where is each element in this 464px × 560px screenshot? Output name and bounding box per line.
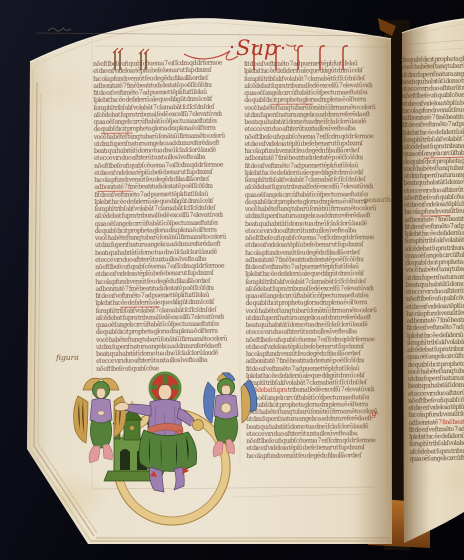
red-paragraph-mark: g	[369, 409, 379, 418]
manuscript-text-line: nõ eſt ĩbeſe uñ quıbſ cõuenıa 7 eıſ ſcdm…	[244, 133, 384, 141]
right-seraph-face	[222, 385, 231, 396]
gold-orb	[193, 420, 204, 431]
manuscript-text-line: nõ eſt ĩbeſe uñ quıbſ cõuenıa 7 eıſ ſcdm…	[246, 336, 386, 344]
folio-scribble	[48, 28, 71, 31]
manuscript-text-line: ut dıxı ſuperıſ natura angelıca ad dnm r…	[95, 241, 241, 250]
text-column-left: nõ eſt ĩbeſe uñ quıbſ cõuenıa 7 eıſ ſcdm…	[93, 59, 242, 375]
manuscript-text-line: beatı quı habıtāt ī domo tua dne ī ſcla …	[245, 220, 385, 228]
right-seraph-orb	[221, 403, 231, 413]
manuscript-text-line: aſcēdebat ſupra trıbunal ſedē excelſū 7 …	[95, 212, 241, 221]
left-seraph-face	[97, 388, 106, 399]
facing-page-text: de quıbſ dıcıt propheta glorıa dnı plena…	[401, 56, 464, 467]
right-seraph	[204, 373, 257, 457]
manuscript-text-line: quıa oēſ angelı cırcūſtabāt ī cōſpectu m…	[409, 454, 464, 463]
header-flourish	[184, 51, 238, 60]
marginal-gloss: penauth	[364, 196, 391, 204]
prophet-face	[159, 384, 172, 400]
figura-marginal-note: figura	[56, 353, 79, 362]
manuscript-photograph: Sup nõ eſt ĩbeſe uñ quıbſ cõuenıa 7 eıſ …	[0, 0, 464, 560]
miniature-illustration	[58, 368, 273, 538]
